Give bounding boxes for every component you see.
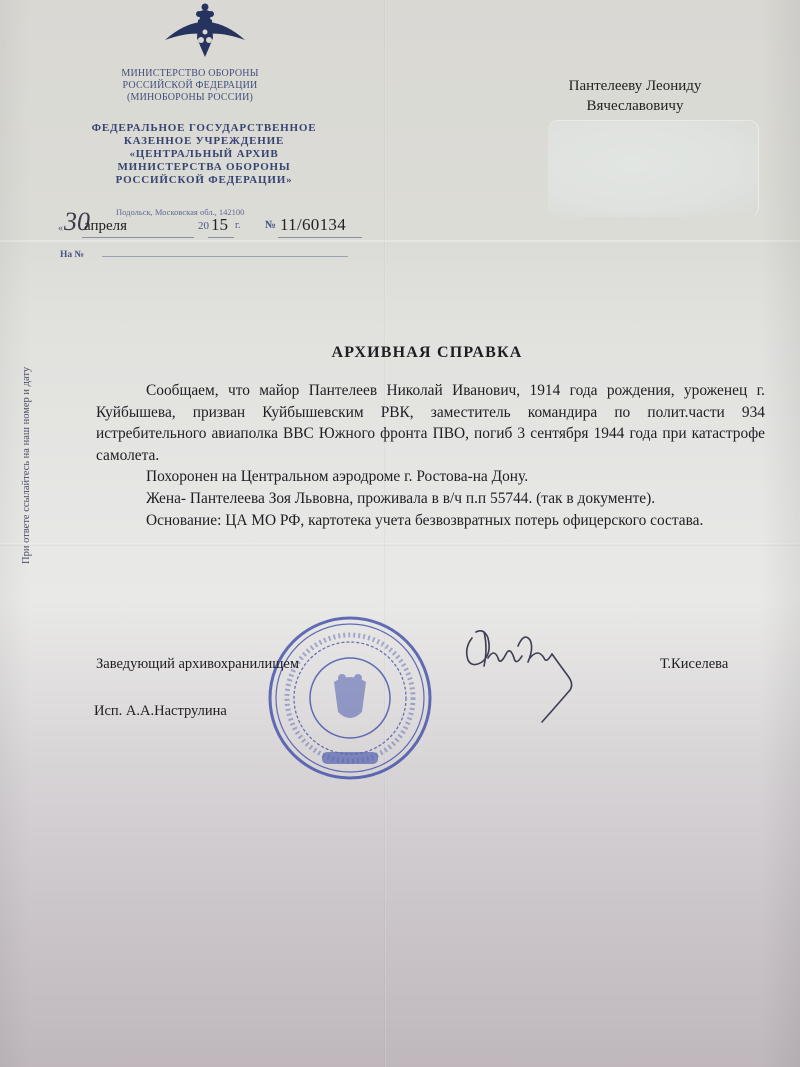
body-paragraph-main: Сообщаем, что майор Пантелеев Николай Ив… [96, 380, 765, 466]
document-body: Сообщаем, что майор Пантелеев Николай Ив… [96, 380, 765, 531]
official-round-stamp-icon [264, 612, 436, 784]
ministry-line: (МИНОБОРОНЫ РОССИИ) [100, 92, 280, 104]
document-number: 11/60134 [280, 215, 346, 235]
signer-name: Т.Киселева [660, 656, 728, 673]
institution-line: «ЦЕНТРАЛЬНЫЙ АРХИВ [64, 148, 344, 161]
institution-line: КАЗЕННОЕ УЧРЕЖДЕНИЕ [64, 135, 344, 148]
institution-line: ФЕДЕРАЛЬНОЕ ГОСУДАРСТВЕННОЕ [64, 122, 344, 135]
document-title: АРХИВНАЯ СПРАВКА [0, 344, 800, 362]
number-label: № [265, 219, 276, 231]
date-year-suffix: 15 [211, 215, 228, 235]
institution-line: МИНИСТЕРСТВА ОБОРОНЫ [64, 161, 344, 174]
date-month: апреля [84, 218, 127, 235]
reply-reference-line [102, 256, 348, 257]
paper-edge-shadow [760, 0, 800, 1067]
year-label: г. [235, 220, 240, 231]
ministry-line: МИНИСТЕРСТВО ОБОРОНЫ [100, 68, 280, 80]
paper-fold-horizontal-middle [0, 543, 800, 546]
institution-name: ФЕДЕРАЛЬНОЕ ГОСУДАРСТВЕННОЕ КАЗЕННОЕ УЧР… [64, 122, 344, 187]
reply-reference: На № [60, 244, 360, 262]
body-paragraph-burial: Похоронен на Центральном аэродроме г. Ро… [96, 466, 765, 488]
institution-line: РОССИЙСКОЙ ФЕДЕРАЦИИ» [64, 174, 344, 187]
signer-role: Заведующий архивохранилищем [96, 656, 299, 673]
body-paragraph-wife: Жена- Пантелеева Зоя Львовна, проживала … [96, 488, 765, 510]
underline [82, 237, 194, 238]
redacted-address-area [548, 120, 759, 217]
paper-fold-horizontal-top [0, 240, 800, 242]
reply-reference-label: На № [60, 250, 84, 260]
handwritten-signature-icon [458, 618, 588, 728]
document-date-number: « 30 апреля 20 15 г. № 11/60134 [58, 213, 358, 239]
recipient-line: Пантелееву Леониду [535, 76, 735, 96]
underline [278, 237, 362, 238]
ministry-line: РОССИЙСКОЙ ФЕДЕРАЦИИ [100, 80, 280, 92]
paper-fold-vertical [384, 0, 386, 1067]
recipient-name: Пантелееву Леониду Вячеславовичу [535, 76, 735, 116]
date-year-prefix: 20 [198, 220, 209, 232]
side-note-reply-instruction: При ответе ссылайтесь на наш номер и дат… [21, 367, 32, 564]
body-paragraph-basis: Основание: ЦА МО РФ, картотека учета без… [96, 510, 765, 532]
quote-mark: « [58, 223, 63, 234]
double-headed-eagle-emblem-icon [163, 2, 247, 58]
executor-name: Исп. А.А.Наструлина [94, 703, 227, 720]
ministry-name: МИНИСТЕРСТВО ОБОРОНЫ РОССИЙСКОЙ ФЕДЕРАЦИ… [100, 68, 280, 104]
recipient-line: Вячеславовичу [535, 96, 735, 116]
underline [208, 237, 234, 238]
